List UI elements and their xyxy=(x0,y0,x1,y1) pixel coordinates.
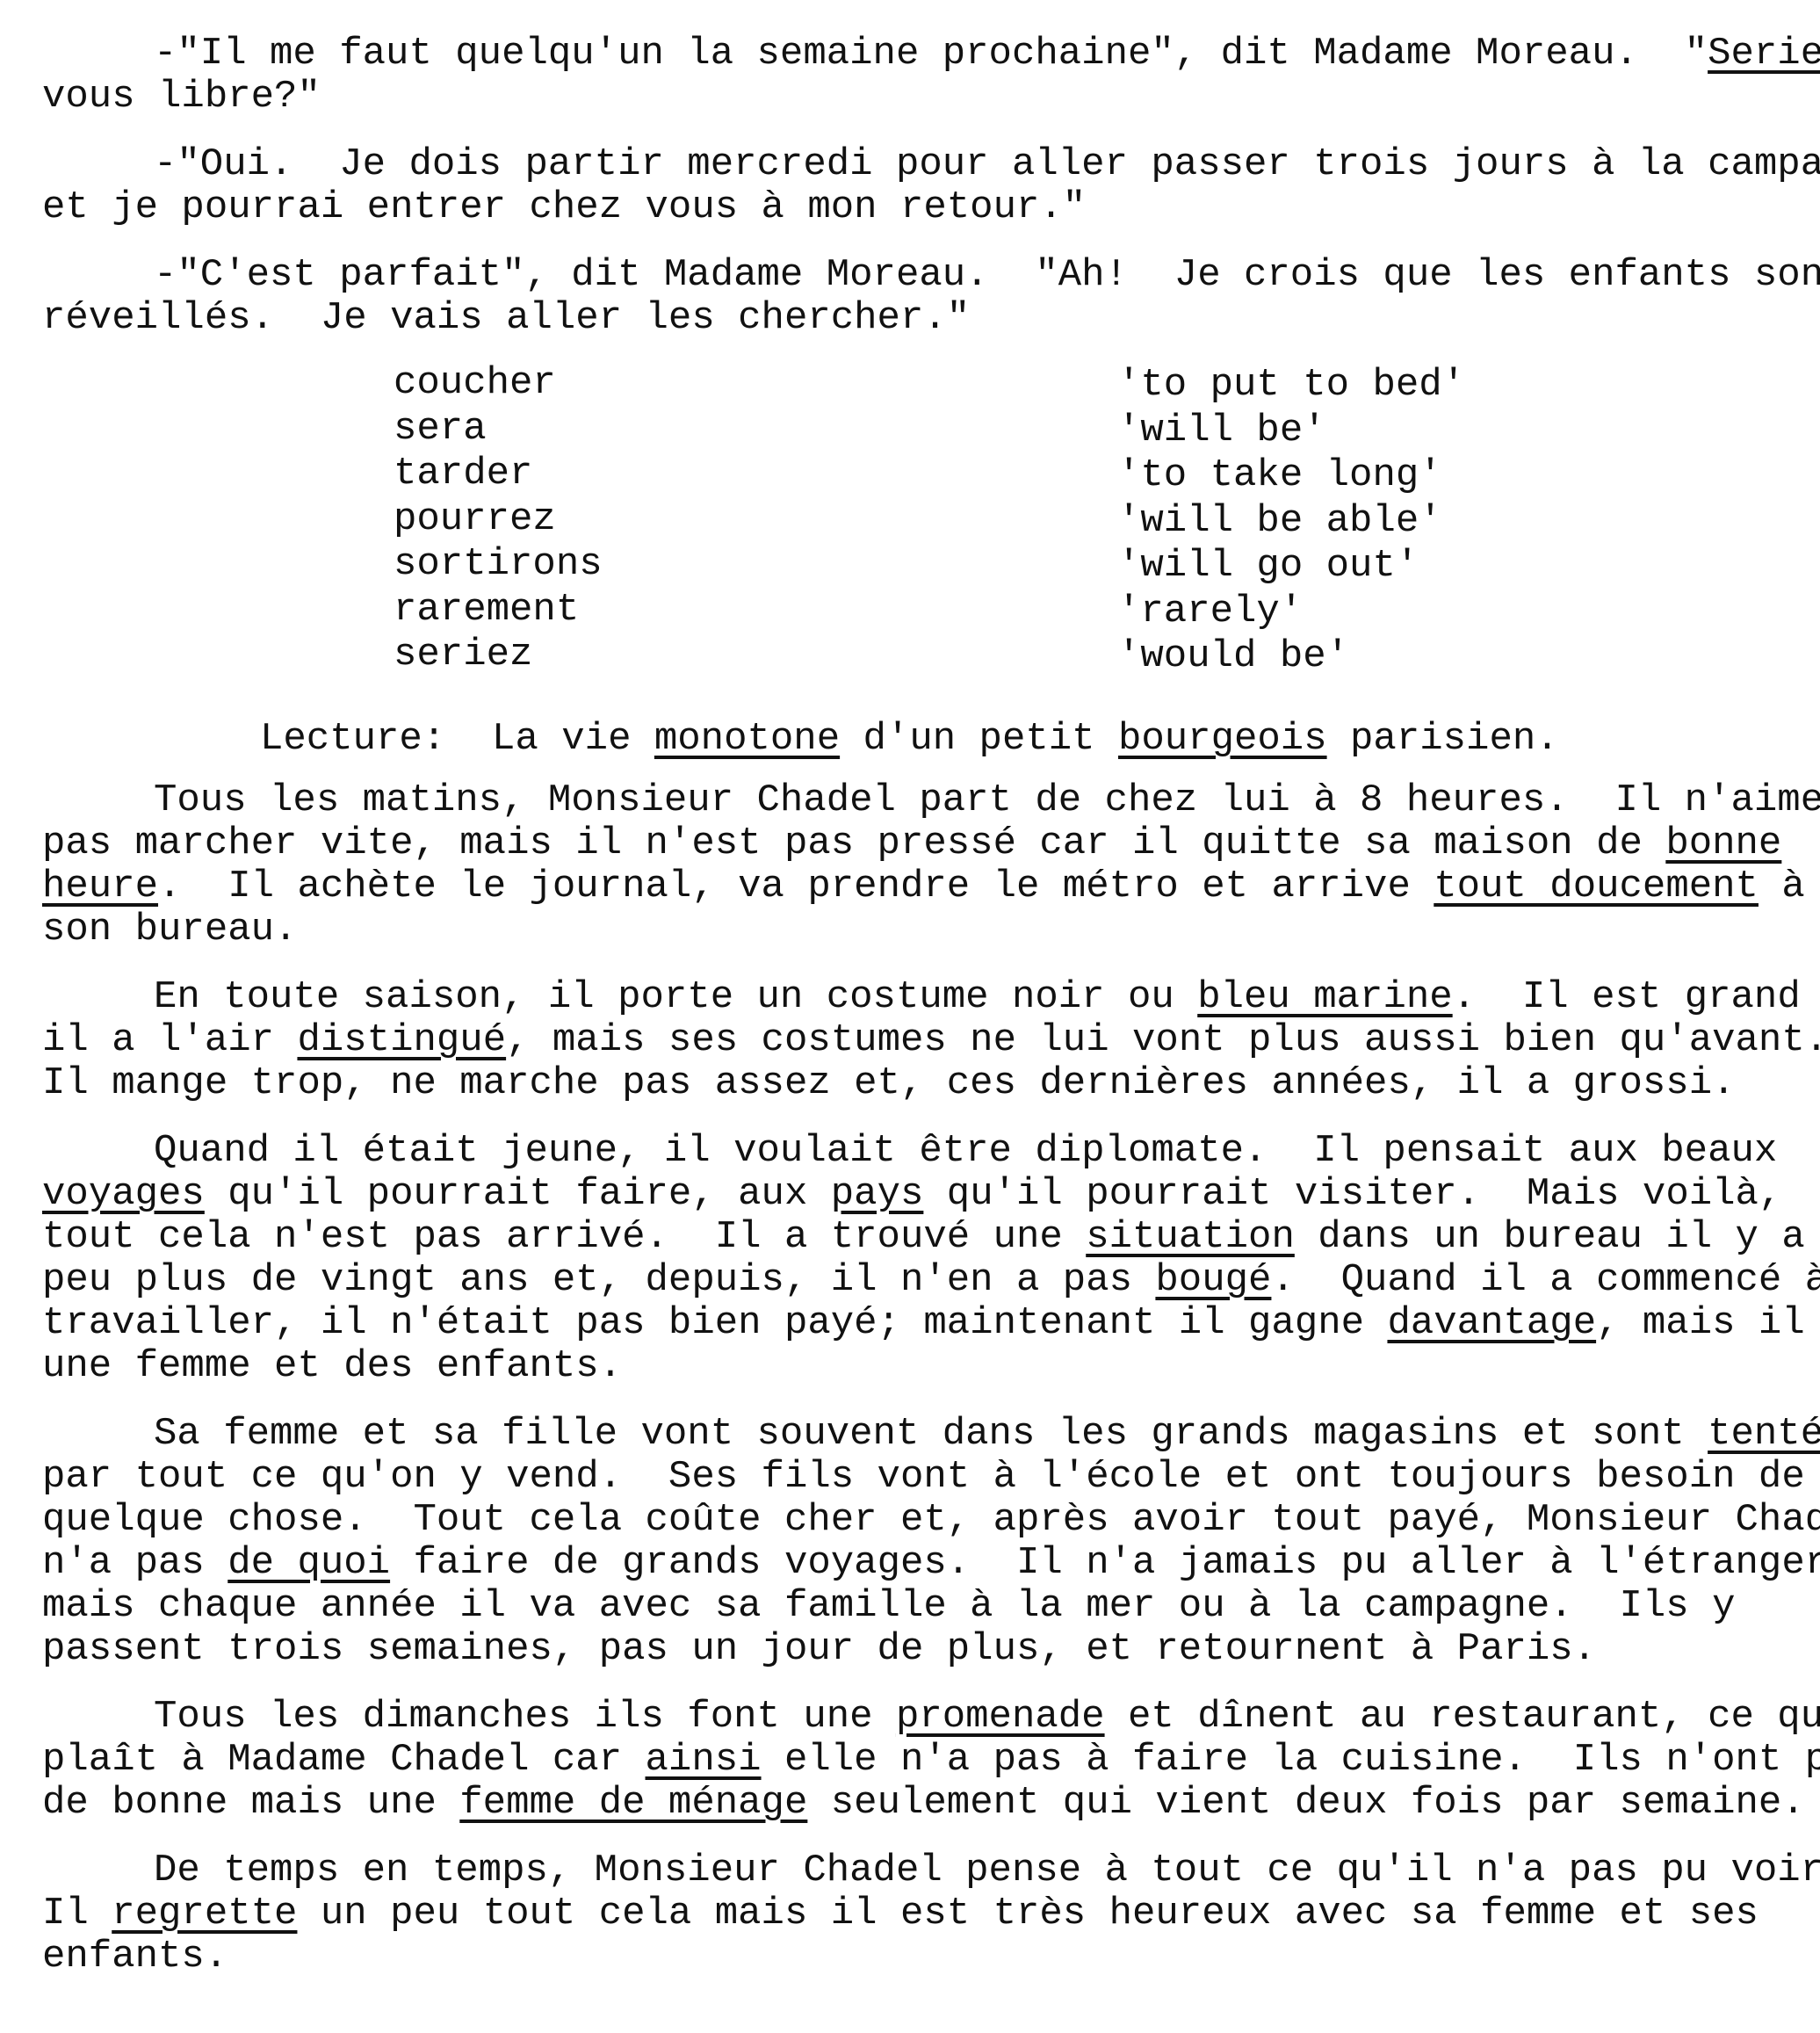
dialogue-line: et je pourrai entrer chez vous à mon ret… xyxy=(42,186,1086,229)
dialogue-line: -"Oui. Je dois partir mercredi pour alle… xyxy=(154,143,1820,186)
reading-line: de bonne mais une femme de ménage seulem… xyxy=(42,1782,1805,1825)
reading-line: Tous les matins, Monsieur Chadel part de… xyxy=(154,779,1820,822)
text-run: vous libre?" xyxy=(42,75,321,119)
text-run: et dînent au restaurant, ce qui xyxy=(1105,1695,1820,1739)
underlined-vocab-word: Seriez xyxy=(1708,32,1820,76)
text-run: un peu tout cela mais il est très heureu… xyxy=(297,1892,1758,1935)
underlined-vocab-word: heure xyxy=(42,865,158,908)
text-run: et je pourrai entrer chez vous à mon ret… xyxy=(42,185,1086,229)
text-run: une femme et des enfants. xyxy=(42,1344,622,1388)
text-run: -"Il me faut quelqu'un la semaine procha… xyxy=(154,32,1708,76)
reading-line: heure. Il achète le journal, va prendre … xyxy=(42,865,1805,908)
text-run: seulement qui vient deux fois par semain… xyxy=(807,1781,1804,1825)
text-run: réveillés. Je vais aller les chercher." xyxy=(42,296,970,340)
text-run: à xyxy=(1759,865,1805,908)
typed-page: -"Il me faut quelqu'un la semaine procha… xyxy=(0,0,1820,2033)
text-run: parisien. xyxy=(1327,717,1559,761)
underlined-vocab-word: promenade xyxy=(896,1695,1105,1739)
text-run: Il mange trop, ne marche pas assez et, c… xyxy=(42,1061,1736,1105)
text-run: plaît à Madame Chadel car xyxy=(42,1738,646,1782)
reading-line: travailler, il n'était pas bien payé; ma… xyxy=(42,1302,1820,1345)
reading-line: Quand il était jeune, il voulait être di… xyxy=(154,1130,1777,1173)
glossary-english-gloss: 'rarely' xyxy=(1117,590,1303,633)
reading-line: une femme et des enfants. xyxy=(42,1345,622,1388)
text-run: dans un bureau il y a un xyxy=(1295,1215,1820,1259)
text-run: travailler, il n'était pas bien payé; ma… xyxy=(42,1301,1387,1345)
reading-line: peu plus de vingt ans et, depuis, il n'e… xyxy=(42,1259,1820,1302)
text-run: elle n'a pas à faire la cuisine. Ils n'o… xyxy=(762,1738,1820,1782)
text-run: De temps en temps, Monsieur Chadel pense… xyxy=(154,1849,1820,1892)
underlined-vocab-word: ainsi xyxy=(646,1738,762,1782)
underlined-vocab-word: de quoi xyxy=(227,1541,390,1585)
glossary-english-gloss: 'to take long' xyxy=(1117,454,1442,497)
underlined-vocab-word: monotone xyxy=(654,717,840,761)
text-run: tout cela n'est pas arrivé. Il a trouvé … xyxy=(42,1215,1086,1259)
text-run: Lecture: La vie xyxy=(260,717,654,761)
glossary-french-term: sortirons xyxy=(394,543,603,586)
underlined-vocab-word: distingué xyxy=(297,1018,506,1062)
text-run: . Il achète le journal, va prendre le mé… xyxy=(158,865,1434,908)
reading-line: son bureau. xyxy=(42,908,297,951)
glossary-french-term: coucher xyxy=(394,362,556,405)
text-run: Quand il était jeune, il voulait être di… xyxy=(154,1129,1777,1173)
text-run: son bureau. xyxy=(42,908,297,951)
underlined-vocab-word: bougé xyxy=(1155,1258,1271,1302)
reading-line: quelque chose. Tout cela coûte cher et, … xyxy=(42,1499,1820,1542)
text-run: . Il est grand et xyxy=(1453,975,1820,1019)
glossary-french-term: seriez xyxy=(394,633,532,676)
reading-title-line: Lecture: La vie monotone d'un petit bour… xyxy=(260,718,1559,761)
text-run: pas marcher vite, mais il n'est pas pres… xyxy=(42,821,1665,865)
text-run: n'a pas xyxy=(42,1541,227,1585)
glossary-english-gloss: 'will be able' xyxy=(1117,500,1442,543)
text-run: . Quand il a commencé à xyxy=(1271,1258,1820,1302)
glossary-french-term: sera xyxy=(394,408,487,451)
underlined-vocab-word: davantage xyxy=(1387,1301,1596,1345)
dialogue-line: vous libre?" xyxy=(42,76,321,119)
underlined-vocab-word: bleu marine xyxy=(1197,975,1452,1019)
reading-line: De temps en temps, Monsieur Chadel pense… xyxy=(154,1849,1820,1892)
text-run: d'un petit xyxy=(840,717,1118,761)
underlined-vocab-word: bourgeois xyxy=(1118,717,1327,761)
reading-line: il a l'air distingué, mais ses costumes … xyxy=(42,1019,1820,1062)
reading-line: tout cela n'est pas arrivé. Il a trouvé … xyxy=(42,1216,1820,1259)
dialogue-line: -"Il me faut quelqu'un la semaine procha… xyxy=(154,33,1820,76)
text-run: En toute saison, il porte un costume noi… xyxy=(154,975,1197,1019)
text-run: Tous les matins, Monsieur Chadel part de… xyxy=(154,778,1820,822)
dialogue-line: -"C'est parfait", dit Madame Moreau. "Ah… xyxy=(154,254,1820,297)
text-run: enfants. xyxy=(42,1935,227,1979)
underlined-vocab-word: tentées xyxy=(1708,1412,1820,1456)
text-run: Tous les dimanches ils font une xyxy=(154,1695,896,1739)
glossary-english-gloss: 'would be' xyxy=(1117,635,1349,678)
reading-line: mais chaque année il va avec sa famille … xyxy=(42,1585,1736,1628)
reading-line: n'a pas de quoi faire de grands voyages.… xyxy=(42,1542,1820,1585)
text-run: Il xyxy=(42,1892,112,1935)
text-run: -"C'est parfait", dit Madame Moreau. "Ah… xyxy=(154,253,1820,297)
reading-line: par tout ce qu'on y vend. Ses fils vont … xyxy=(42,1456,1805,1499)
text-run: par tout ce qu'on y vend. Ses fils vont … xyxy=(42,1455,1805,1499)
glossary-french-term: tarder xyxy=(394,452,532,496)
text-run: quelque chose. Tout cela coûte cher et, … xyxy=(42,1498,1820,1542)
text-run: , mais ses costumes ne lui vont plus aus… xyxy=(506,1018,1820,1062)
text-run: faire de grands voyages. Il n'a jamais p… xyxy=(390,1541,1820,1585)
underlined-vocab-word: regrette xyxy=(112,1892,297,1935)
reading-line: En toute saison, il porte un costume noi… xyxy=(154,976,1820,1019)
text-run: passent trois semaines, pas un jour de p… xyxy=(42,1627,1596,1671)
glossary-french-term: rarement xyxy=(394,589,579,632)
text-run: qu'il pourrait faire, aux xyxy=(205,1172,831,1216)
glossary-french-term: pourrez xyxy=(394,498,556,541)
dialogue-line: réveillés. Je vais aller les chercher." xyxy=(42,297,970,340)
text-run: , mais il a xyxy=(1596,1301,1820,1345)
text-run: -"Oui. Je dois partir mercredi pour alle… xyxy=(154,142,1820,186)
text-run: de bonne mais une xyxy=(42,1781,459,1825)
reading-line: Sa femme et sa fille vont souvent dans l… xyxy=(154,1413,1820,1456)
text-run: mais chaque année il va avec sa famille … xyxy=(42,1584,1736,1628)
text-run: qu'il pourrait visiter. Mais voilà, xyxy=(923,1172,1781,1216)
reading-line: voyages qu'il pourrait faire, aux pays q… xyxy=(42,1173,1781,1216)
text-run: Sa femme et sa fille vont souvent dans l… xyxy=(154,1412,1708,1456)
underlined-vocab-word: voyages xyxy=(42,1172,205,1216)
underlined-vocab-word: bonne xyxy=(1665,821,1781,865)
underlined-vocab-word: pays xyxy=(831,1172,924,1216)
underlined-vocab-word: situation xyxy=(1086,1215,1295,1259)
reading-line: pas marcher vite, mais il n'est pas pres… xyxy=(42,822,1781,865)
underlined-vocab-word: femme de ménage xyxy=(459,1781,807,1825)
reading-line: enfants. xyxy=(42,1935,227,1979)
glossary-english-gloss: 'will go out' xyxy=(1117,545,1419,588)
reading-line: Tous les dimanches ils font une promenad… xyxy=(154,1696,1820,1739)
reading-line: Il regrette un peu tout cela mais il est… xyxy=(42,1892,1759,1935)
underlined-vocab-word: tout doucement xyxy=(1434,865,1759,908)
reading-line: Il mange trop, ne marche pas assez et, c… xyxy=(42,1062,1736,1105)
text-run: peu plus de vingt ans et, depuis, il n'e… xyxy=(42,1258,1155,1302)
glossary-english-gloss: 'to put to bed' xyxy=(1117,364,1465,407)
reading-line: passent trois semaines, pas un jour de p… xyxy=(42,1628,1596,1671)
glossary-english-gloss: 'will be' xyxy=(1117,409,1326,452)
text-run: il a l'air xyxy=(42,1018,297,1062)
reading-line: plaît à Madame Chadel car ainsi elle n'a… xyxy=(42,1739,1820,1782)
